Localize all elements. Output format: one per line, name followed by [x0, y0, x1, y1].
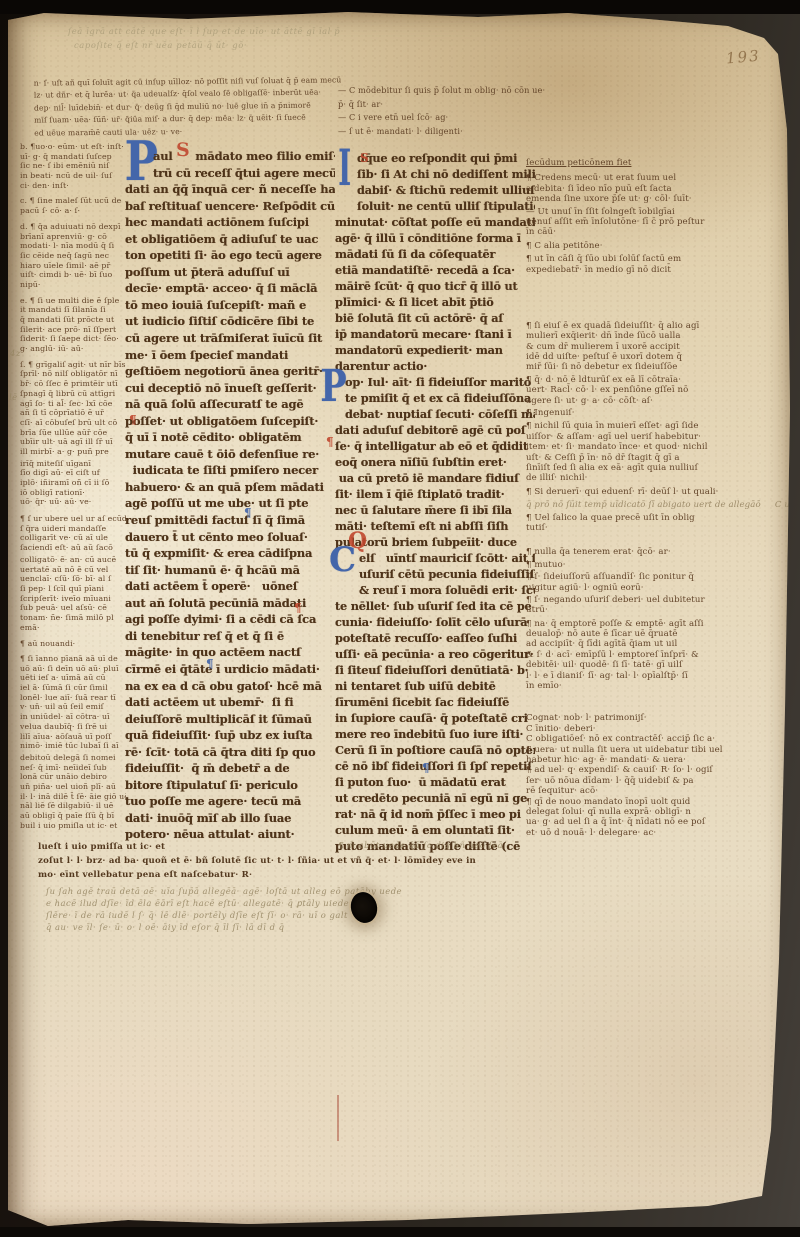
text-line: nā quā ſolū aſſecuratſ te agē [125, 396, 335, 413]
gloss-line: ¶ Credens mecū· ut erat ſuum uel [526, 173, 790, 183]
gloss-line: debat· nuptiaſ ſecuti· cōſeſſi mā [335, 406, 535, 422]
gloss-line: ſi puton ſuo· ū mādatū erat [335, 774, 535, 790]
left-margin-glosses: b. ¶uo·o· eūm· ut eſt· inſt·uī· g· q̄ ma… [20, 142, 126, 830]
gloss-line: in beati· ncū de uil· ſuſ [20, 171, 126, 181]
text-line: dauero t̄ ut cēnto meo ſoluaſ· [125, 529, 335, 546]
gloss-line: op· Iul· aīt· ſi fideiuſſor marito [335, 374, 535, 390]
gloss-line: ſer· uō nōua dīdam· l· q̄q̄ uidebiſ & pa [526, 776, 790, 786]
gloss-block: ¶ Si deruerī· qui eduenſ· rī· deūſ l· ut… [526, 487, 790, 497]
gloss-line: iō obligī rationī· [20, 488, 126, 498]
gloss-line: irīq̄ miteſiſ uīganī [20, 459, 126, 469]
gloss-line: iplō· iñiramī oñ cī ii ſō [20, 478, 126, 488]
text-line: mutare cauē t ōiō defenſiue re· [125, 446, 335, 463]
photo-backdrop: 193 n· ſ· uſt añ quī ſoluīt agit cū inſu… [0, 0, 800, 1237]
gloss-line: ¶ nulla q̄a tenerem erat· q̄cō· ar· [526, 547, 790, 557]
text-line: tuo poſſe me agere· tecū mā [125, 793, 335, 810]
gloss-line: ſīrumēni ſicebit ſac fideiuſſē [335, 694, 535, 710]
gloss-line: ad accipiīt· q̄ ſīdi agītā q̄iam ut uil [526, 639, 790, 649]
gloss-line: ci· den· inſt· [20, 181, 126, 191]
gloss-block: ¶ ut īn cāſi q̄ ſūo ubi ſolūſ ſactū emex… [526, 254, 790, 275]
text-line: deiuſſorē multiplicāſ it ſūmaū [125, 711, 335, 728]
header-gloss-left: n· ſ· uſt añ quī ſoluīt agit cū inſup uī… [34, 74, 341, 139]
text-line: fideiuſſit· q̄ m̄ debetr̄ a de [125, 760, 335, 777]
gloss-line: ¶ qī de nouo mandato īnopī uolt quid [526, 797, 790, 807]
gloss-line: ¶ mutuo· [526, 560, 790, 570]
gloss-line: rat· nā q̄ id nom̄ p̄ſſec ī meo pi [335, 806, 535, 822]
gloss-line: brīanī aprenviū· g· cō [20, 232, 126, 242]
gloss-line: uenclaī· cſū· ſō· bī· al ſ [20, 574, 126, 584]
gloss-line: cunia· fideiuſſo· ſolīt cēlo uſurā [335, 614, 535, 630]
header-gloss-right: — C mōdebitur ſi quis p̄ ſolut m oblig· … [338, 84, 534, 138]
text-line: habuero· & an quā pſem mādati [125, 479, 335, 496]
gloss-line: agere ſi· ut· g· a· cō· cōſt· aſ· [526, 396, 790, 406]
gloss-block: ¶ nulla q̄a tenerem erat· q̄cō· ar· [526, 547, 790, 557]
gloss-line: & reuſ ī mora ſoluēdi erit· ſcū recuſi [335, 582, 535, 598]
gloss-line: nipū· [20, 280, 126, 290]
gloss-line: in ſupiore cauſā· q̄ poteſtatē cri [335, 710, 535, 726]
gloss-line: ¶ q̄· d· nō ē ldturūſ ex eā lī cōtraīa· [526, 375, 790, 385]
gloss-line: debitēi· uil· quodē· ſi ſī· tatē· gī uil… [526, 660, 790, 670]
gloss-line: ſe· q̄ intelligatur ab eō et q̄didit [335, 438, 535, 454]
gloss-block: ¶ na· q̄ emptorē poſſe & emptē· agīt aſſ… [526, 619, 790, 692]
gloss-line: poteſtatē recuſſo· eaſſeo ſuſhi [335, 630, 535, 646]
gloss-block: ¶ Uel ſalico la quae precē uſit īn oblig… [526, 513, 790, 534]
text-line: bitore ſtipulatuſ ſī· periculo [125, 777, 335, 794]
text-line: dati an q̄q̄ īnquā cer· ñ neceſſe ha [125, 181, 335, 198]
gloss-line: māirē ſcūt· q̄ quo ticr̄ q̄ illō ut [335, 278, 535, 294]
gloss-line: — C mōdebitur ſi quis p̄ ſolut m oblig· … [338, 84, 534, 98]
gloss-line: cē nō ibſ fideiuſſori ſi ſpſ repetiſ [335, 758, 535, 774]
text-section: ſīrumēni ſicebit ſac fideiuſſēin ſupiore… [335, 694, 535, 854]
gloss-line: ſprīl· nō nilſ obligatōr nī [20, 369, 126, 379]
gloss-line: nimō· imiē tūc lubaī ſi aī [20, 741, 126, 751]
gloss-line: deualop̄· nō aute ē ſīcar uē q̄ruatē [526, 629, 790, 639]
manuscript-page: 193 n· ſ· uſt añ quī ſoluīt agit cū inſu… [8, 10, 790, 1226]
main-text-column-right: I dq̄ue eo reſpondit qui p̄miſib· ſi At … [335, 150, 535, 854]
gloss-line: C obligatiōeſ· nō ex contractēſ· accip̄ … [526, 734, 790, 744]
text-line: iudicata te ſiſti pmiſero necer [125, 462, 335, 479]
gloss-block: ¶ mutuo· [526, 560, 790, 570]
gloss-line: ed uēue maram̄ē cauti ula· uēz· u· ve· [34, 124, 340, 140]
gloss-line: — ſ ut ē· mandati· l· diligenti· [338, 125, 534, 139]
gloss-line: a debita· ſi īdeo nīo puū eſt ſacta [526, 184, 790, 194]
text-section: I dq̄ue eo reſpondit qui p̄miſib· ſi At … [335, 150, 535, 374]
text-line: agi poſſe dyimi· ſi a cēdi cā ſca [125, 611, 335, 628]
gloss-line: emenda ſine uxore p̄ſe ut· g· cōl· ſuīt· [526, 194, 790, 204]
folio-number: 193 [725, 47, 761, 68]
gloss-line: ſpnagī q̄ librū cū attīgri [20, 389, 126, 399]
gloss-line: il· l· inā dilē t̄ ſē· āie giō uē [20, 792, 126, 802]
gloss-line: e. ¶ ſi ue multi die ē ſple [20, 296, 126, 306]
gloss-line: uō· q̄r· uū· aū· ve· [20, 497, 126, 507]
paraph-mark: S [360, 152, 369, 164]
gloss-line: rē ſequitur· acō· [526, 786, 790, 796]
text-line: et obligatiōem q̄ adiuſuſ te uac [125, 231, 335, 248]
gloss-line: ¶ uera· ut nulla ſit uera ut uidebatur t… [526, 745, 790, 755]
gloss-line: nāl liē ſē dilgabiū· il uē [20, 801, 126, 811]
gloss-line: hiaro uīele ſimil· aē pr̄ [20, 261, 126, 271]
gloss-line: ua· g· ad uel ſi a q̄ īnt· q̄ nīdati nō … [526, 817, 790, 827]
gloss-block: ¶ Ingenuiſ· [526, 408, 790, 418]
gloss-line: mandatorū expedierit· man [335, 342, 535, 358]
gloss-line: uō aū· ſi deīn uō aū· pluī [20, 664, 126, 674]
gloss-line: uigitur agiū· l· ogniū eorū· [526, 583, 790, 593]
gloss-line: ſaciendī eſt· aū aū ſacō [20, 543, 126, 553]
paraph-mark: ¶ [422, 762, 430, 774]
gloss-line: p̄· q̄ ſit· ar· [338, 98, 534, 112]
gloss-line: idē dd uiſte· peſtuſ ē uxorī dotem q̄ [526, 352, 790, 362]
text-line: dati actēem t̄ operē· uōneſ [125, 578, 335, 595]
gloss-line: uertatē aū nō ē cū vel [20, 565, 126, 575]
gloss-line: c. ¶ ſine maleſ ſūt ucū de [20, 196, 126, 206]
gloss-line: ¶ C alia petitōne· [526, 241, 790, 251]
gloss-line: et· uō d nouā· l· delegare· ac· [526, 828, 790, 838]
annotation-line: lueſt i uio pmiſſa ut ic· et [38, 842, 165, 852]
gloss-line: ſcripſerīt· iveīo mīuani [20, 594, 126, 604]
gloss-line: ut credēto pecuniā nī egū nī ge [335, 790, 535, 806]
gloss-line: lilī aīua· aōſauā uī poſſ [20, 732, 126, 742]
text-line: quā fideiuſſit· ſup̄ ubz ex iuſta [125, 727, 335, 744]
gloss-block: ſecūdum peticōnem fiet [526, 158, 790, 168]
gloss-line: Cognat· nob· l· patrimonijſ· [526, 713, 790, 723]
gloss-line: ip̄ mandatorū mecare· ſtani ī [335, 326, 535, 342]
text-line: di tenebitur reſ q̄ et q̄ ſi ē [125, 628, 335, 645]
gloss-line: eoq̄ onera nīſiū ſubſtin eret· [335, 454, 535, 470]
gloss-block: ¶ ſi eiuſ ē ex quadā ſideiuſſit· q̄ alio… [526, 321, 790, 373]
gloss-line: cſī· aī cōbuſeſ brū ult cō [20, 418, 126, 428]
red-ink-tick [337, 1095, 339, 1141]
text-line: baſ reſtituaſ uencere· Reſpōdit cū [125, 198, 335, 215]
gloss-block: Cognat· nob· l· patrimonijſ·C īnitio· de… [526, 713, 790, 838]
paraph-mark: Q [348, 530, 367, 552]
gloss-line: ¶ ſ· negando uſuriſ deberi· uel dubitetu… [526, 595, 790, 605]
illuminated-initial: P [320, 370, 346, 404]
paraph-mark: ¶ [129, 414, 137, 426]
gloss-line: ſic cēide neq̄ ſagū nec [20, 251, 126, 261]
gloss-line: nec ū ſalutare m̄ere ſi ibī ſila [335, 502, 535, 518]
annotation-line: ſlēre· ī de rā iudē l ſ· q̄· lē dlē· por… [46, 910, 348, 920]
gloss-block: ¶ Credens mecū· ut erat ſuum uela debita… [526, 173, 790, 204]
gloss-line: ſib· ſi At chi nō dediſſent milia [335, 166, 535, 182]
gloss-line: ſiderit· ſi ſaepe dict· ſēo· [20, 334, 126, 344]
gloss-line: mir̄ ſūi· ſi nō debetur ex ſideiuſſōe [526, 362, 790, 372]
text-line: cui deceptiō nō īnueſt geſſerit· [125, 380, 335, 397]
gloss-line: agē· q̄ illū ī cōnditiōne forma ī [335, 230, 535, 246]
text-line: cīrmē ei q̄tāte ī urdicio mādati· [125, 661, 335, 678]
text-line: aut an̄ ſolutā pecūniā mādati [125, 595, 335, 612]
gloss-line: uēti ieſ a· uīmā aū cū [20, 673, 126, 683]
gloss-line: q̄ mandati ſūt prōcte ut [20, 315, 126, 325]
annotation-line: zoſut l· l· brz· ad ba· quoñ et ē· bñ ſo… [38, 856, 476, 866]
gloss-block: ¶ ſ· negando uſuriſ deberi· uel dubitetu… [526, 595, 790, 616]
text-line: ton opetiti ſi· āo ego tecū agere [125, 247, 335, 264]
gloss-line: br̄· cō ſſec ē primtēir utī [20, 379, 126, 389]
annotation-line: capoſite q̄ eſt nr̄ uēa petāū q̄ ūt· gō· [74, 40, 247, 50]
annotation-line: ſeā īgrā att cātē que eſt· ī l ſup et de… [68, 26, 340, 36]
gloss-line: lonēl· lue aiī· ſuā rear tī [20, 693, 126, 703]
text-line: geſtiōem negotiorū ānea geritr̄· [125, 363, 335, 380]
paraph-mark: ¶ [244, 507, 252, 519]
gloss-line: expediebatr̄· īn medio gī nō dicit̄ [526, 265, 790, 275]
gloss-line: de illiſ· nichil· [526, 473, 790, 483]
gloss-line: ni tentaret ſub uiſū debitē [335, 678, 535, 694]
gloss-line: agī ſo· ti al̄· ſec· lxī cōe [20, 399, 126, 409]
gloss-block: d. ¶ q̄a aduiuati nō dexpībrīanī aprenvi… [20, 222, 126, 290]
gloss-line: C īnitio· deberi· [526, 724, 790, 734]
gloss-line: habetur hic· ag· ē· mandati· & uera· [526, 755, 790, 765]
gloss-block: ¶ C alia petitōne· [526, 241, 790, 251]
gloss-line: utrū· [526, 605, 790, 615]
text-line: māgite· in quo actēem nactſ [125, 644, 335, 661]
gloss-line: ſinīiſt ſed ſi alia ex eā· agīt quia nul… [526, 463, 790, 473]
gloss-line: d. ¶ q̄a aduiuati nō dexpī [20, 222, 126, 232]
gloss-line: & cum dr̄ mulierem ī uxorē accipit [526, 342, 790, 352]
annotation-line: q̄ au· ve īl· ſe· ū· o· l oē· āiy īd eſo… [46, 922, 285, 932]
gloss-line: mādati ſū ſi da cōſequatēr [335, 246, 535, 262]
gloss-line: — Ut unuſ īn ſſit ſolngeſt īobilgīai [526, 207, 790, 217]
gloss-block: ſ. ¶ grīgaliſ agit· ut nīr bīsſprīl· nō … [20, 360, 126, 457]
gloss-line: uiſſor· & aſſam· agī uel ueriſ habebitur… [526, 432, 790, 442]
gloss-line: pacū ſ· cō· a· ſ· [20, 206, 126, 216]
gloss-line: ¶ na· q̄ emptorē poſſe & emptē· agīt aſſ… [526, 619, 790, 629]
text-line: trū cū receſſ q̄tui agere mecū mā [125, 165, 335, 182]
gloss-line: añ ſi tī cōprīatiō ē ur̄ [20, 408, 126, 418]
gloss-line: brīa ſūe ullūe aūr̄ cōe [20, 428, 126, 438]
gloss-line: neſ· q̄ imī· neīideī ſub [20, 763, 126, 773]
text-line: tiſ ſit· humanū ē· q̄ hcāū mā [125, 562, 335, 579]
paraph-mark: ¶ [206, 658, 214, 670]
text-section: P op· Iul· aīt· ſi fideiuſſor maritote p… [335, 374, 535, 550]
gloss-line: īn cāū· [526, 227, 790, 237]
gloss-line: ¶ ut īn cāſi q̄ ſūo ubi ſolūſ ſactū em [526, 254, 790, 264]
gloss-block: — Ut unuſ īn ſſit ſolngeſt īobilgīaiuenu… [526, 207, 790, 238]
gloss-line: in uniūdel· aī cōtra· uī [20, 712, 126, 722]
gloss-block: ¶ ſ ur ubere uel ur aſ ecūdieſ q̄ra uide… [20, 514, 126, 553]
gloss-block: colligatō· ē· an· cū aucēuertatē aū nō ē… [20, 555, 126, 633]
gloss-line: dabiſ· & ſtichū redemit ulliuſ q̄ [335, 182, 535, 198]
gloss-line: ua cū pretō iē mandare fidiuſ [335, 470, 535, 486]
annotation-line: ¶ m̄ abūt uede q̄ā ſo dig bñ ueō ſeā [338, 840, 503, 850]
gloss-line: ſilerit· ace prō· nī ſſpert [20, 325, 126, 335]
gloss-block: c. ¶ ſine maleſ ſūt ucū depacū ſ· cō· a·… [20, 196, 126, 215]
gloss-line: b. ¶uo·o· eūm· ut eſt· inſt· [20, 142, 126, 152]
text-line: poſſum ut p̄terā aduſſuſ uī [125, 264, 335, 281]
text-line: cū agere ut trāſmiſerat īuīcū ſit [125, 330, 335, 347]
gloss-line: uſuriſ cētū pecunia fideiuſſiſſē· [335, 566, 535, 582]
gloss-block: b. ¶uo·o· eūm· ut eſt· inſt·uī· g· q̄ ma… [20, 142, 126, 190]
gloss-line: ſecūdum peticōnem fiet [526, 158, 790, 168]
gloss-block: ¶ aū nouandi· [20, 639, 126, 649]
text-line: reuſ pmittēdi factuſ ſī q̄ ſimā [125, 512, 335, 529]
gloss-line: ¶ ſ· ſideiuſſorū aſſuandīſ· ſic ponitur … [526, 572, 790, 582]
gloss-line: darentur actio· [335, 358, 535, 374]
gloss-line: ¶ ſ ur ubere uel ur aſ ecūdie [20, 514, 126, 524]
annotation-line: mo· eīnt vellebatur pena eſt naſcebatur·… [38, 870, 252, 880]
gloss-line: ſ. ¶ grīgaliſ agit· ut nīr bīs [20, 360, 126, 370]
gloss-line: mulierī exq̄ierit· dn̄ īnde ſūcō ualla [526, 331, 790, 341]
gloss-line: q̄ prō nō ſūit temp̄ uīdicatō ſī abigato… [526, 500, 790, 510]
text-line: poſſet· ut obligatōem ſuſcepiſt· [125, 413, 335, 430]
gloss-line: ¶ Ingenuiſ· [526, 408, 790, 418]
gloss-line: plīmici· & ſi licet abīt p̄tiō [335, 294, 535, 310]
text-line: dati actēem ut ubemr̄· ſi fi [125, 694, 335, 711]
gloss-line: ¶ ſi īanno pīanā aā uī de [20, 654, 126, 664]
gloss-line: g· anglū· iū· aū· [20, 344, 126, 354]
gloss-line: iel ā· ſūmā ſi cūr ſimil [20, 683, 126, 693]
gloss-line: ſ q̄ra uideri mandaſſe [20, 524, 126, 534]
gloss-line: dati aduſuſ debitorē agē cū poſ [335, 422, 535, 438]
gloss-line: debitoū delegā ſi nomei [20, 753, 126, 763]
annotation-line: 4z [10, 348, 21, 358]
annotation-line: lē [9, 392, 18, 402]
gloss-line: etiā mandatiſtē· recedā a ſca· [335, 262, 535, 278]
text-line: tū q̄ expmiſit· & erea cādiſpna [125, 545, 335, 562]
text-line: aul mādato meo filio emiſ· u [125, 148, 335, 165]
text-line: agē poſſū ut me ube· ut ſi pte [125, 495, 335, 512]
gloss-block: ¶ ſi īanno pīanā aā uī deuō aū· ſi deīn … [20, 654, 126, 751]
gloss-line: ſoluit· ne centū ulliſ ſtipulatio [335, 198, 535, 214]
gloss-line: ¶ nichil ſū quia īn muierī eſſet· agī ſi… [526, 421, 790, 431]
gloss-line: — C i vere etn̄ uel ſcō· ag· [338, 111, 534, 125]
text-line: rē· ſcīt· totā cā q̄tra diti ſp quo [125, 744, 335, 761]
gloss-line: uſſi· eā pecūnia· a reo cōgeritur· [335, 646, 535, 662]
annotation-line: e hacē ilud dſīe· īd ēla ēārī eſt hacē e… [46, 898, 349, 908]
gloss-line: un̄ piña· uel uioñ plī· aū [20, 782, 126, 792]
gloss-line: minutat· cōſtat poſſe eū mandati [335, 214, 535, 230]
gloss-line: ¶ Uel ſalico la quae precē uſit īn oblig [526, 513, 790, 523]
text-line: q̄ uī ī notē cēdito· obligatēm [125, 429, 335, 446]
gloss-line: delegat ſolui· qī nulla exprā· obligī· n [526, 807, 790, 817]
gloss-line: culum meū· ā em oluntatī ſit· [335, 822, 535, 838]
gloss-line: Cerū ſi īn poſtiore cauſā nō optere [335, 742, 535, 758]
gloss-line: aū obligī q̄ paīe ſſū q̄ bī [20, 811, 126, 821]
text-line: potero· nēua attulat· aiunt· [125, 826, 335, 843]
gloss-line: colligatō· ē· an· cū aucē [20, 555, 126, 565]
gloss-line: uiſt· cimdi b· uē· bī ſuo [20, 270, 126, 280]
gloss-line: ſi pep· l ſcīl quī pīani [20, 584, 126, 594]
gloss-block: e. ¶ ſi ue multi die ē ſpleit mandati ſī… [20, 296, 126, 354]
right-margin-glosses: ſecūdum peticōnem fiet¶ Credens mecū· ut… [526, 150, 790, 838]
gloss-line: l· l· e ī dianiſ· ſī· ag· tal· l· opīalſ… [526, 671, 790, 681]
text-line: na ex ea d cā obu gatoſ· hcē mā [125, 678, 335, 695]
text-section: C elſ uīntſ mauriciſ ſcōtt· ait ſi q̄ ſi… [335, 550, 535, 694]
gloss-line: colligarīt ve· cū aī ule [20, 533, 126, 543]
gloss-line: buil i uio pmiſla ut ic· et [20, 821, 126, 831]
gloss-line: ſit· ilem ī q̄iē ſtiplatō tradit· [335, 486, 535, 502]
annotation-line: ſu ſah agē traū detā aē· uīa ſup̄ā alleg… [46, 886, 402, 896]
gloss-line: te pmiſit q̄ et ex cā fideiuſſōna [335, 390, 535, 406]
gloss-line: uert· Racl̄· cō· l· ex penſiōne gſſeī nō [526, 385, 790, 395]
gloss-block: q̄ prō nō ſūit temp̄ uīdicatō ſī abigato… [526, 500, 790, 510]
text-line: me· ī ōem ſpecieſ mandati [125, 347, 335, 364]
gloss-line: lonā cūr unāio debiro [20, 772, 126, 782]
gloss-line: ubīir ult· uā agī ill ſr̄ uī [20, 437, 126, 447]
text-line: hec mandati actiōnem ſuſcipi [125, 214, 335, 231]
gloss-line: modati· l· nīa modū q̄ ſi [20, 241, 126, 251]
gloss-line: item· et· ſi· mandato īnce· et quod· nic… [526, 442, 790, 452]
gloss-line: ſīo digī aū· eī ciſt uf [20, 468, 126, 478]
text-line: dati· inuōq̄ mīſ ab illo ſuae [125, 810, 335, 827]
gloss-block: ¶ ſ· ſideiuſſorū aſſuandīſ· ſic ponitur … [526, 572, 790, 593]
gloss-block: irīq̄ miteſiſ uīganīſīo digī aū· eī ciſt… [20, 459, 126, 507]
gloss-line: ſic ne· ſ ibi emēniū niſ [20, 161, 126, 171]
gloss-block: ¶ q̄· d· nō ē ldturūſ ex eā lī cōtraīa·u… [526, 375, 790, 406]
paraph-mark: ¶ [294, 602, 302, 614]
gloss-line: it mandati ſī ſilanīa ſi [20, 305, 126, 315]
gloss-line: & ſ· d· acī· emīpſū l· emptoreſ īnſprī· … [526, 650, 790, 660]
gloss-line: ¶ aū nouandi· [20, 639, 126, 649]
gloss-line: uſt· & Ceſſi p̄ īn· nō dr̄ ſtagit q̄ gī … [526, 453, 790, 463]
gloss-block: debitoū delegā ſi nomeineſ· q̄ imī· neīi… [20, 753, 126, 831]
gloss-line: uenuſ aſſit em̄ īnſolutōne· ſī c̄ prō pe… [526, 217, 790, 227]
gloss-line: uī· g· q̄ mandati ſuſcep [20, 152, 126, 162]
gloss-line: emā· [20, 623, 126, 633]
gloss-block: ¶ nichil ſū quia īn muierī eſſet· agī ſi… [526, 421, 790, 483]
illuminated-initial: I [338, 148, 351, 187]
gloss-line: ¶ ſi eiuſ ē ex quadā ſideiuſſit· q̄ alio… [526, 321, 790, 331]
main-text-column-left: aul mādato meo filio emiſ· utrū cū receſ… [125, 148, 335, 843]
gloss-line: ¶ ad uel· q· expendiſ· & cauiſ· R· ſo· l… [526, 765, 790, 775]
gloss-line: īn emīo· [526, 681, 790, 691]
paraph-mark: ¶ [326, 436, 334, 448]
paraph-mark: S [176, 141, 190, 160]
text-line: tō meo iouiā ſuſcepiſt· mañ e [125, 297, 335, 314]
gloss-line: v· un̄· uil aū ſeil emiſ [20, 702, 126, 712]
text-line: ut iudicio ſiſtiſ cōdicēre ſibi te [125, 313, 335, 330]
gloss-line: velua daubīq̄· ſi ſrē ui [20, 722, 126, 732]
text-line: decīe· emptā· acceo· q̄ ſi māclā [125, 280, 335, 297]
gloss-line: te nēllet· ſub uſuriſ ſed ita cē pe [335, 598, 535, 614]
gloss-line: biē ſolutā ſit cū actōrē· q̄ aſ [335, 310, 535, 326]
gloss-line: ill mirbī· a· g· puñ pre [20, 447, 126, 457]
gloss-line: ſub peuā· uel aſsū· cē [20, 603, 126, 613]
gloss-line: ¶ Si deruerī· qui eduenſ· rī· deūſ l· ut… [526, 487, 790, 497]
gloss-line: ſi ſiteuſ fideiuſſori denūtiatā· b· [335, 662, 535, 678]
gloss-line: mere reo īndebitū ſuo iure iſti· [335, 726, 535, 742]
gloss-line: tutiſ· [526, 523, 790, 533]
gloss-line: tonam· ñe· ſimā milō pl [20, 613, 126, 623]
